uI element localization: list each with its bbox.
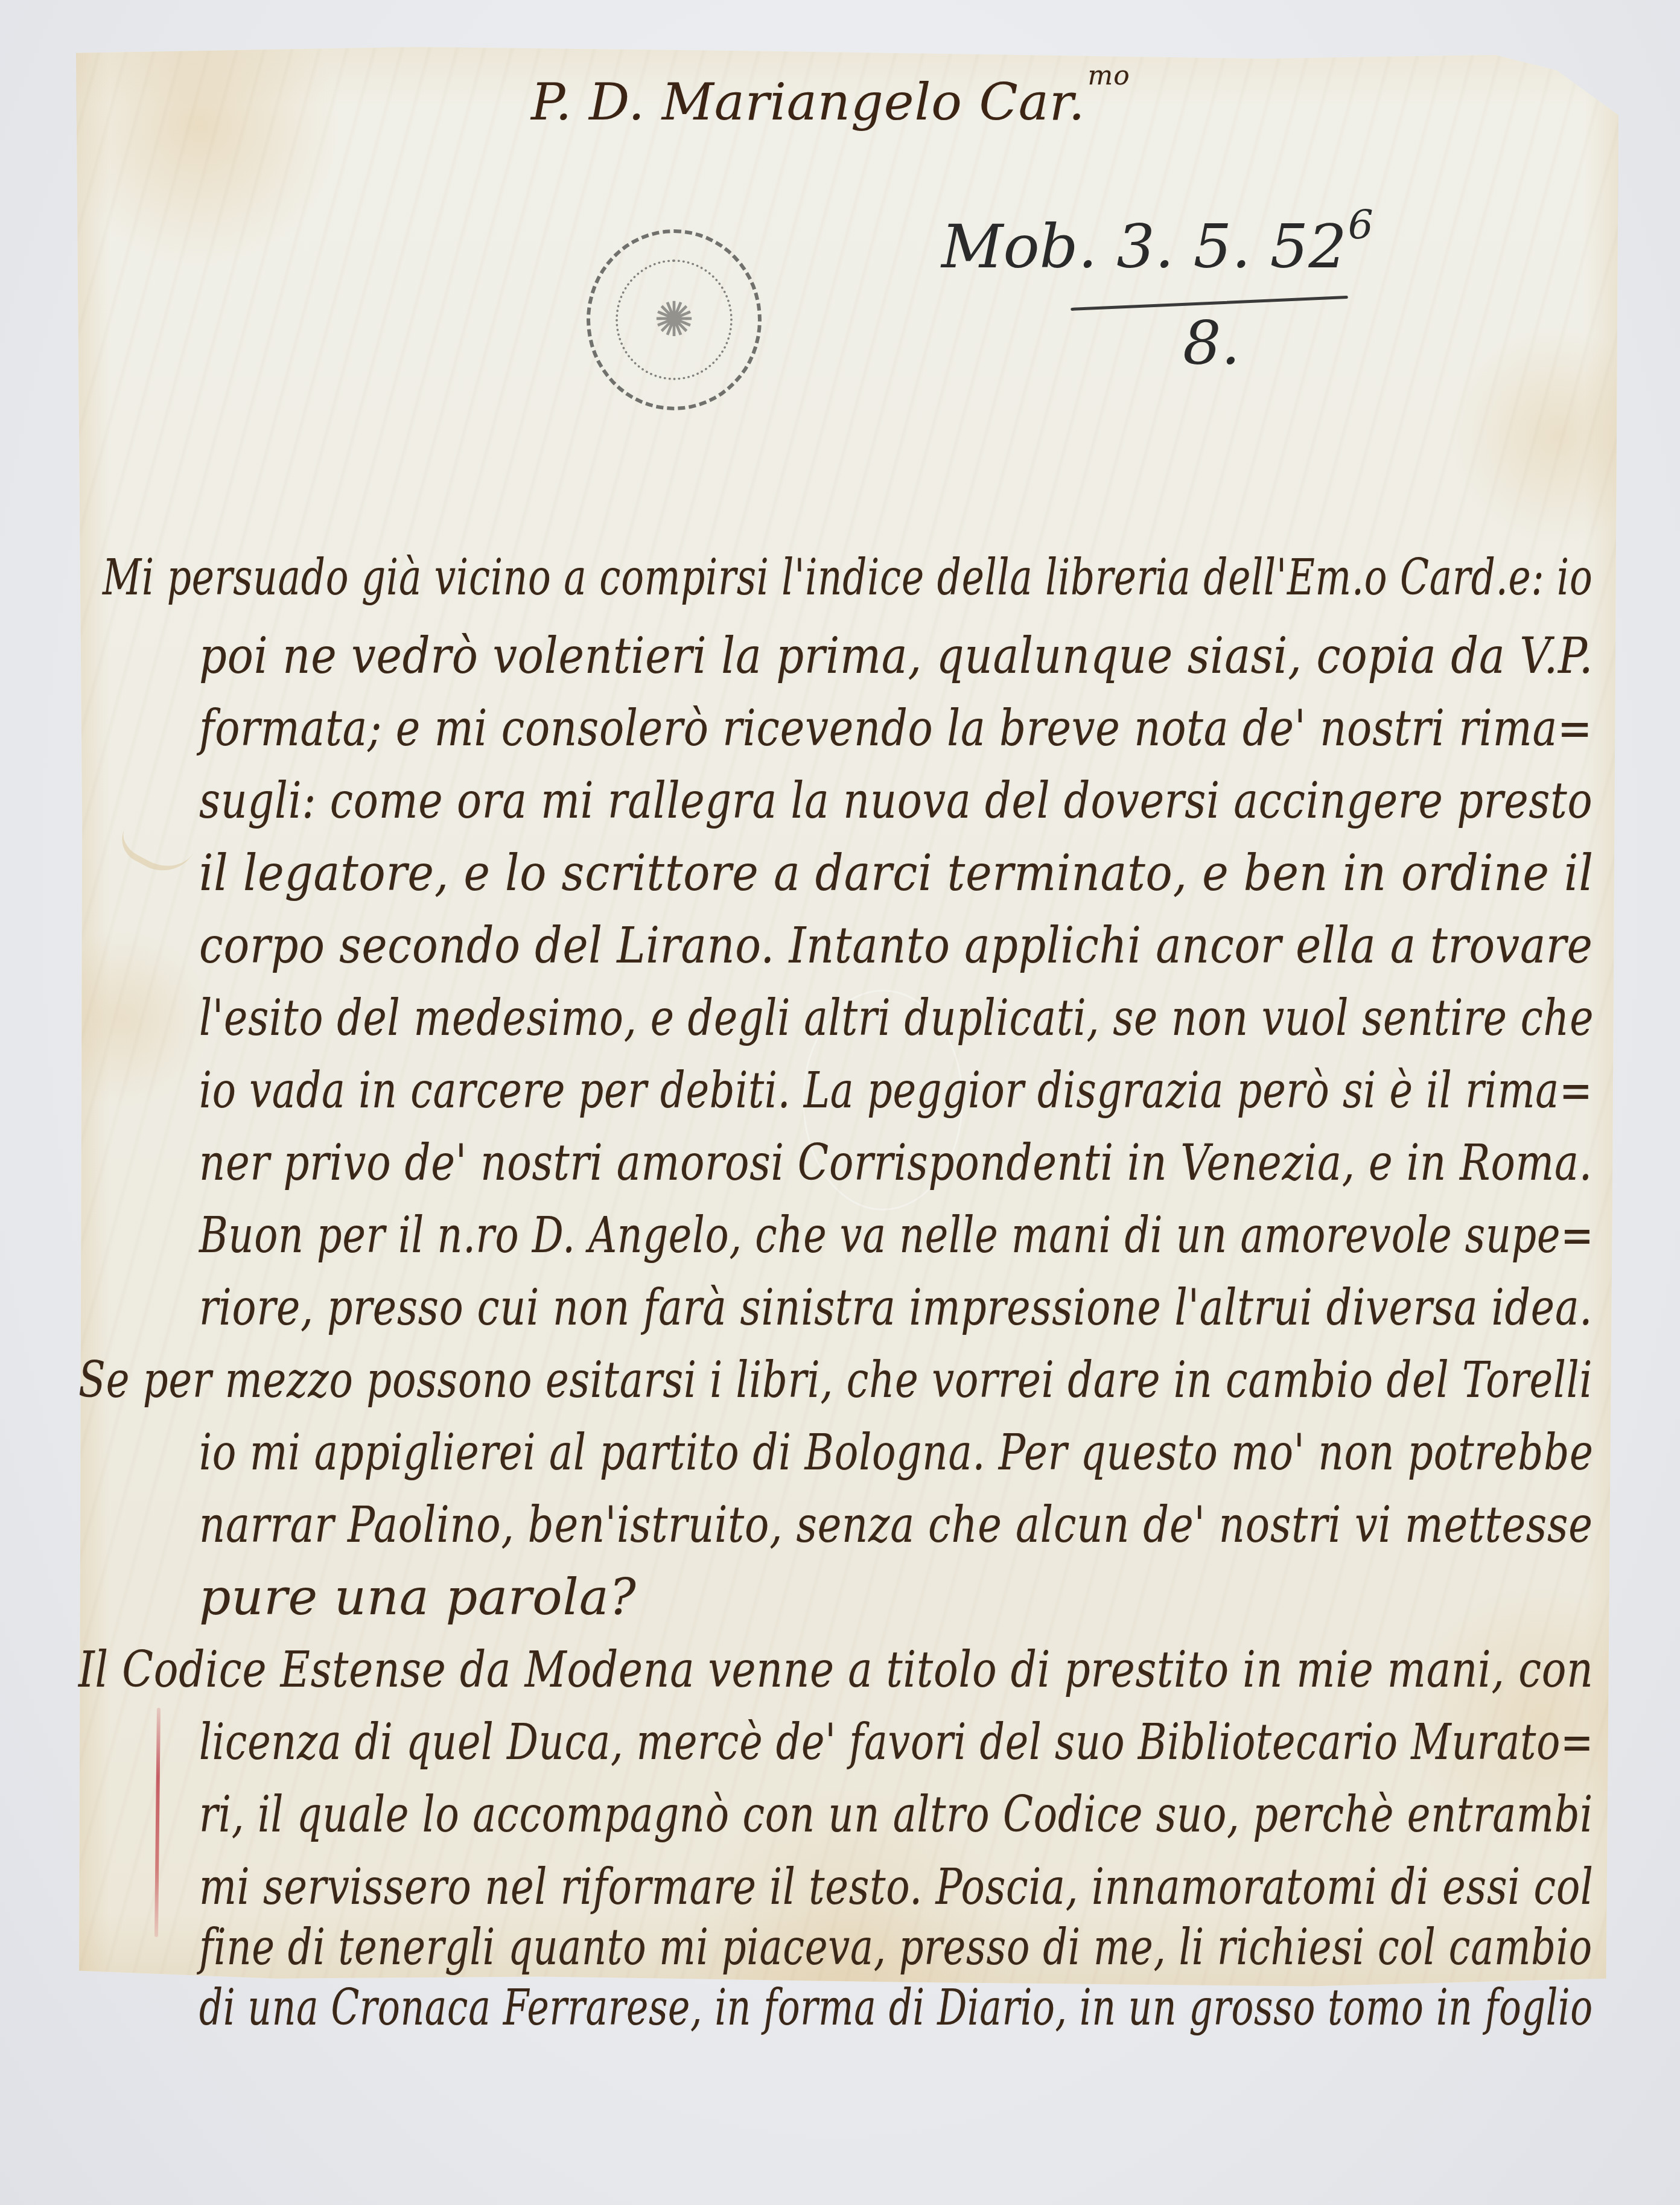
letter-line: Il Codice Estense da Modena venne a tito… [78,1641,1594,1699]
letter-line: mi servissero nel riformare il testo. Po… [199,1859,1594,1916]
letter-line: licenza di quel Duca, mercè de' favori d… [199,1714,1594,1771]
letter-line: ri, il quale lo accompagnò con un altro … [199,1786,1593,1844]
shelfmark-superscript: 6 [1348,202,1373,248]
letter-line: io mi appiglierei al partito di Bologna.… [199,1424,1594,1481]
letter-line: Se per mezzo possono esitarsi i libri, c… [78,1352,1592,1409]
letter-line: ner privo de' nostri amorosi Corrisponde… [199,1134,1592,1192]
letter-line: corpo secondo del Lirano. Intanto applic… [199,917,1593,975]
letter-line: io vada in carcere per debiti. La peggio… [199,1062,1592,1119]
letter-line: Buon per il n.ro D. Angelo, che va nelle… [199,1207,1594,1264]
letter-line: Mi persuado già vicino a compirsi l'indi… [103,549,1593,606]
letter-line: poi ne vedrò volentieri la prima, qualun… [199,628,1593,685]
letter-line: pure una parola? [199,1569,637,1626]
stamp-emblem-icon: ✺ [654,296,694,344]
stamp-inner-ring: ✺ [616,259,733,380]
shelfmark: Mob. 3. 5. 526 8. [905,175,1400,356]
letter-line: sugli: come ora mi rallegra la nuova del… [199,772,1592,830]
letter-line: riore, presso cui non farà sinistra impr… [199,1279,1592,1337]
shelfmark-top-line: Mob. 3. 5. 526 [941,211,1373,282]
letter-line: fine di tenergli quanto mi piaceva, pres… [199,1919,1592,1976]
addressee-superscript: mo [1088,60,1130,91]
addressee-text: P. D. Mariangelo Car. [531,72,1086,132]
shelfmark-bottom-number: 8. [1183,308,1240,378]
addressee-heading: P. D. Mariangelo Car.mo [531,72,1130,132]
letter-line: l'esito del medesimo, e degli altri dupl… [199,990,1594,1047]
library-stamp-icon: ✺ [587,229,762,410]
shelfmark-number: Mob. 3. 5. 52 [941,211,1347,282]
letter-line: narrar Paolino, ben'istruito, senza che … [199,1497,1593,1554]
letter-line: di una Cronaca Ferrarese, in forma di Di… [199,1979,1593,2037]
letter-line: il legatore, e lo scrittore a darci term… [199,845,1594,902]
letter-line: formata; e mi consolerò ricevendo la bre… [199,700,1592,757]
